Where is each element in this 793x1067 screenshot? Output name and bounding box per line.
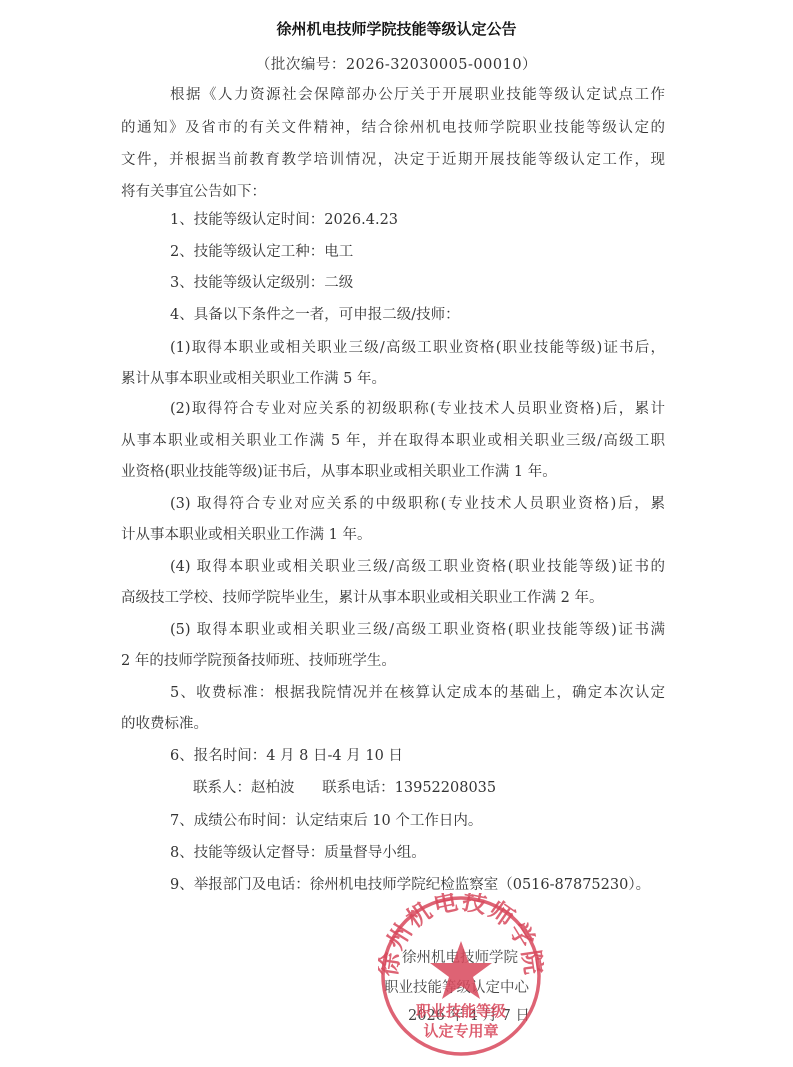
condition-5-line-1: (5) 取得本职业或相关职业三级/高级工职业资格(职业技能等级)证书满 (170, 620, 665, 640)
item-1: 1、技能等级认定时间：2026.4.23 (170, 210, 398, 230)
item-5-line-1: 5、收费标准：根据我院情况并在核算认定成本的基础上，确定本次认定 (170, 683, 665, 703)
condition-3-line-2: 计从事本职业或相关职业工作满 1 年。 (121, 525, 371, 545)
intro-line-1: 根据《人力资源社会保障部办公厅关于开展职业技能等级认定试点工作 (170, 85, 665, 105)
item-6: 6、报名时间：4 月 8 日-4 月 10 日 (170, 746, 403, 766)
condition-3-line-1: (3) 取得符合专业对应关系的中级职称(专业技术人员职业资格)后，累 (170, 494, 665, 514)
contact-line: 联系人：赵柏波 联系电话：13952208035 (193, 778, 496, 798)
batch-number: （批次编号：2026-32030005-00010） (0, 53, 793, 74)
item-5-line-2: 的收费标准。 (121, 714, 208, 734)
seal-center-line-1: 职业技能等级 (416, 1002, 506, 1020)
condition-5-line-2: 2 年的技师学院预备技师班、技师班学生。 (121, 651, 396, 671)
condition-1-line-2: 累计从事本职业或相关职业工作满 5 年。 (121, 369, 386, 389)
document-title: 徐州机电技师学院技能等级认定公告 (0, 18, 793, 39)
condition-4-line-1: (4) 取得本职业或相关职业三级/高级工职业资格(职业技能等级)证书的 (170, 557, 665, 577)
item-8: 8、技能等级认定督导：质量督导小组。 (170, 843, 426, 863)
condition-4-line-2: 高级技工学校、技师学院毕业生，累计从事本职业或相关职业工作满 2 年。 (121, 588, 603, 608)
intro-line-2: 的通知》及省市的有关文件精神，结合徐州机电技师学院职业技能等级认定的 (121, 118, 665, 138)
condition-2-line-2: 从事本职业或相关职业工作满 5 年，并在取得本职业或相关职业三级/高级工职 (121, 431, 665, 451)
condition-1-line-1: (1)取得本职业或相关职业三级/高级工职业资格(职业技能等级)证书后， (170, 338, 665, 358)
condition-2-line-1: (2)取得符合专业对应关系的初级职称(专业技术人员职业资格)后，累计 (170, 399, 665, 419)
item-2: 2、技能等级认定工种：电工 (170, 242, 353, 262)
intro-line-3: 文件，并根据当前教育教学培训情况，决定于近期开展技能等级认定工作，现 (121, 150, 665, 170)
item-3: 3、技能等级认定级别：二级 (170, 273, 353, 293)
item-4: 4、具备以下条件之一者，可申报二级/技师： (170, 305, 460, 325)
condition-2-line-3: 业资格(职业技能等级)证书后，从事本职业或相关职业工作满 1 年。 (121, 462, 557, 482)
item-7: 7、成绩公布时间：认定结束后 10 个工作日内。 (170, 811, 482, 831)
item-9: 9、举报部门及电话：徐州机电技师学院纪检监察室（0516-87875230）。 (170, 875, 650, 895)
intro-line-4: 将有关事宜公告如下： (121, 182, 266, 202)
official-seal-icon: 徐州机电技师学院 职业技能等级 认定专用章 (378, 893, 544, 1059)
seal-center-line-2: 认定专用章 (423, 1022, 498, 1040)
